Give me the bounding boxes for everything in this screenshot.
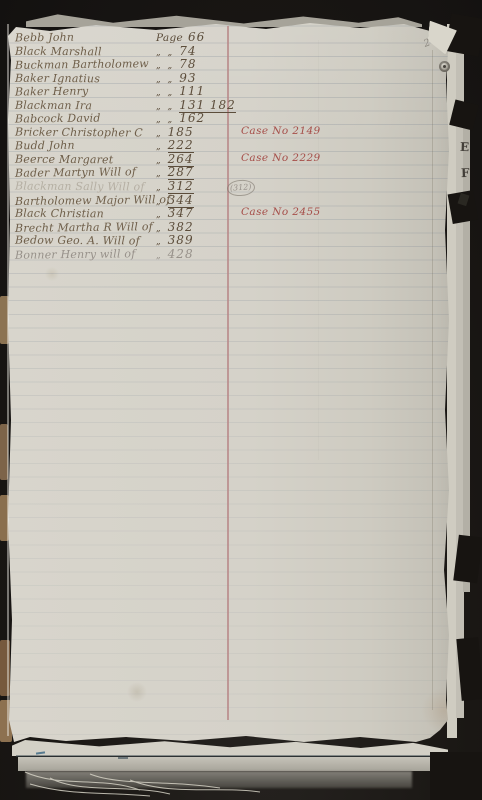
entry-case-number: Case No 2229	[241, 152, 321, 165]
index-entries: Bebb JohnPage66Black Marshall„ „74Buckma…	[15, 29, 439, 259]
ledger-page: Bebb JohnPage66Black Marshall„ „74Buckma…	[8, 20, 449, 742]
torn-notch	[453, 535, 482, 584]
ledger-row: Bonner Henry will of„428	[15, 246, 439, 260]
entry-name: Bonner Henry will of	[15, 247, 136, 262]
ledger-row: Blackman Sally Will of„312(312)	[15, 178, 439, 192]
entry-page-prefix: „	[156, 251, 163, 261]
ledger-row: Baker Henry„ „111	[15, 83, 439, 97]
ledger-row: Babcock David„ „162	[15, 110, 439, 124]
entry-case-number: Case No 2455	[241, 206, 321, 219]
page-left-highlight	[7, 24, 9, 736]
blue-mark	[118, 757, 128, 759]
under-page-edge	[12, 740, 448, 756]
ledger-row: Budd John„222	[15, 137, 439, 151]
ledger-row: Blackman Ira„ „131 182	[15, 97, 439, 111]
ledger-row: Bedow Geo. A. Will of„389	[15, 232, 439, 246]
torn-notch	[449, 99, 479, 130]
under-page-edge	[18, 757, 432, 771]
ledger-row: Bartholomew Major Will of„344	[15, 192, 439, 206]
ledger-row: Baker Ignatius„ „93	[15, 70, 439, 84]
ledger-row: Black Christian„347Case No 2455	[15, 205, 439, 219]
torn-notch	[456, 637, 482, 701]
paper-threads	[20, 770, 280, 800]
metal-eyelet	[439, 61, 450, 72]
ledger-row: Black Marshall„ „74	[15, 43, 439, 57]
ledger-row: Bricker Christopher C„185Case No 2149	[15, 124, 439, 138]
entry-page: „428	[156, 246, 194, 263]
ledger-row: Bebb JohnPage66	[15, 29, 439, 43]
edge-tab-letter-e: E	[460, 140, 470, 154]
ledger-row: Bader Martyn Will of„287	[15, 164, 439, 178]
ledger-row: Buckman Bartholomew„ „78	[15, 56, 439, 70]
scanned-ledger-photo: Bebb JohnPage66Black Marshall„ „74Buckma…	[0, 0, 482, 800]
ledger-row: Beerce Margaret„264Case No 2229	[15, 151, 439, 165]
ledger-row: Brecht Martha R Will of„382	[15, 219, 439, 233]
edge-tab-letter-f: F	[461, 166, 470, 180]
entry-case-number: Case No 2149	[241, 125, 321, 138]
fore-edge-page-stack	[463, 118, 470, 592]
entry-page-number: 428	[168, 247, 194, 261]
torn-notch	[430, 752, 482, 800]
